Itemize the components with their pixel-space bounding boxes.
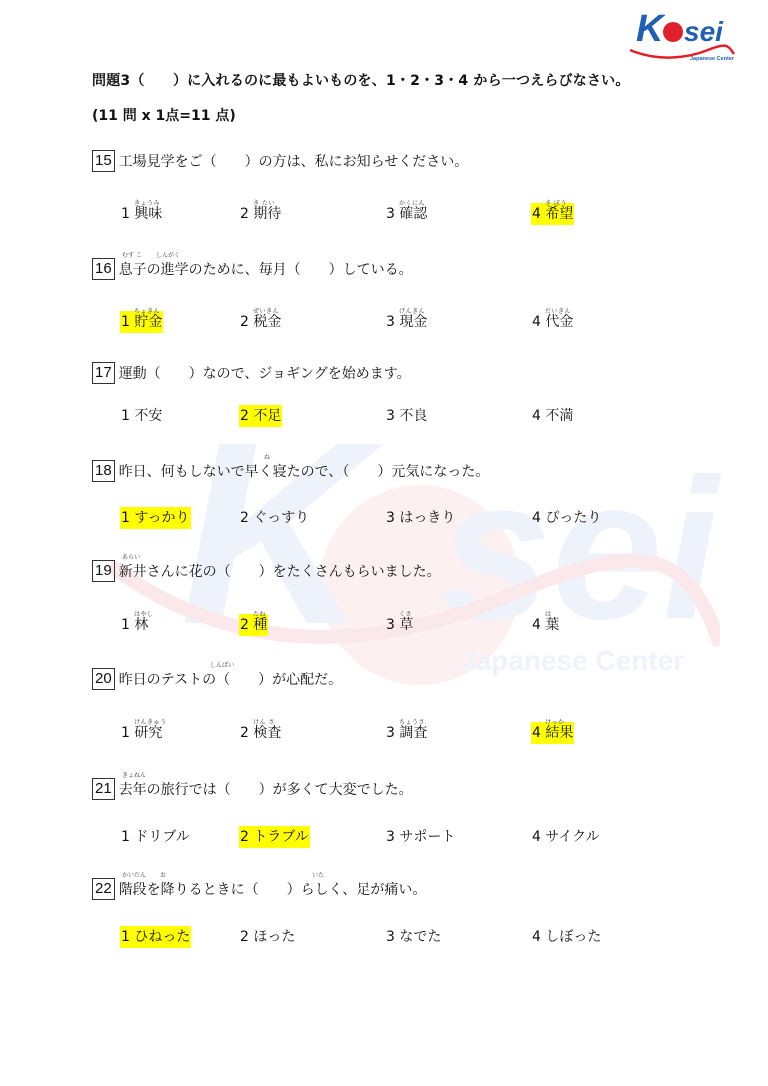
- answer-option-4-correct[interactable]: 4 希望き ぼう: [531, 203, 574, 225]
- option-label: 1 不安: [121, 408, 162, 424]
- question-furigana: あらい: [122, 552, 140, 561]
- answer-option-1[interactable]: 1 研究けんきゅう: [120, 722, 163, 744]
- logo-k: K: [636, 8, 663, 51]
- answer-option-2-correct[interactable]: 2 不足: [239, 405, 282, 427]
- question-19: 19新井さんに花の（ ）をたくさんもらいました。: [92, 560, 441, 582]
- option-label: 1 ひねった: [121, 929, 190, 945]
- answer-option-1-correct[interactable]: 1 ひねった: [120, 926, 191, 948]
- question-22: 22階段を降りるときに（ ）らしく、足が痛い。: [92, 878, 426, 900]
- question-text: 運動（ ）なので、ジョギングを始めます。: [119, 363, 411, 383]
- question-number-box: 21: [92, 778, 115, 800]
- answer-option-1-correct[interactable]: 1 貯金ちょきん: [120, 311, 163, 333]
- question-text: 去年の旅行では（ ）が多くて大変でした。: [119, 779, 413, 799]
- answer-option-4[interactable]: 4 サイクル: [531, 826, 601, 848]
- answer-option-3[interactable]: 3 調査ちょうさ: [385, 722, 428, 744]
- option-label: 2 ほった: [240, 929, 295, 945]
- kosei-watermark: K sei Japanese Center: [110, 395, 720, 705]
- question-16: 16息子の進学のために、毎月（ ）している。: [92, 258, 413, 280]
- answer-option-2-correct[interactable]: 2 種たね: [239, 614, 268, 636]
- answer-option-2[interactable]: 2 ぐっすり: [239, 507, 310, 529]
- answer-option-3[interactable]: 3 現金げんきん: [385, 311, 428, 333]
- option-furigana: たね: [253, 604, 266, 626]
- question-furigana: しんぱい: [210, 660, 234, 669]
- option-furigana: だいきん: [545, 301, 571, 323]
- question-furigana: かいだん: [122, 870, 146, 879]
- answer-option-3[interactable]: 3 確認かくにん: [385, 203, 428, 225]
- watermark-tagline: Japanese Center: [460, 645, 684, 677]
- question-20: 20昨日のテストの（ ）が心配だ。: [92, 668, 342, 690]
- question-text: 息子の進学のために、毎月（ ）している。: [119, 259, 413, 279]
- answer-option-2-correct[interactable]: 2 トラブル: [239, 826, 310, 848]
- answer-option-1[interactable]: 1 ドリブル: [120, 826, 191, 848]
- question-15: 15工場見学をご（ ）の方は、私にお知らせください。: [92, 150, 468, 172]
- option-furigana: けんきゅう: [134, 712, 167, 734]
- answer-options: 1 すっかり2 ぐっすり3 はっきり4 ぴったり: [0, 507, 768, 531]
- question-number-box: 16: [92, 258, 115, 280]
- logo-tagline: Japanese Center: [690, 56, 734, 62]
- question-number-box: 15: [92, 150, 115, 172]
- logo-red-dot: [663, 22, 683, 42]
- option-label: 3 サポート: [386, 829, 455, 845]
- answer-option-1-correct[interactable]: 1 すっかり: [120, 507, 191, 529]
- question-furigana: むす こ: [122, 250, 142, 259]
- answer-option-4[interactable]: 4 葉は: [531, 614, 560, 636]
- option-label: 4 不満: [532, 408, 573, 424]
- answer-option-2[interactable]: 2 税金ぜいきん: [239, 311, 282, 333]
- option-label: 4 ぴったり: [532, 510, 601, 526]
- option-label: 3 不良: [386, 408, 427, 424]
- question-text: 階段を降りるときに（ ）らしく、足が痛い。: [119, 879, 427, 899]
- option-furigana: けん さ: [253, 712, 275, 734]
- option-furigana: ぜいきん: [253, 301, 279, 323]
- question-number-box: 17: [92, 362, 115, 384]
- answer-option-3[interactable]: 3 不良: [385, 405, 428, 427]
- answer-option-4[interactable]: 4 不満: [531, 405, 574, 427]
- question-text: 新井さんに花の（ ）をたくさんもらいました。: [119, 561, 441, 581]
- answer-option-1[interactable]: 1 林はやし: [120, 614, 149, 636]
- answer-options: 1 ドリブル2 トラブル3 サポート4 サイクル: [0, 826, 768, 850]
- option-label: 1 すっかり: [121, 510, 190, 526]
- answer-option-1[interactable]: 1 興味きょうみ: [120, 203, 163, 225]
- question-furigana: ね: [264, 452, 270, 461]
- option-furigana: ちょきん: [134, 301, 160, 323]
- question-furigana: しんがく: [156, 250, 180, 259]
- question-text: 昨日、何もしないで早く寝たので、（ ）元気になった。: [119, 461, 490, 481]
- option-label: 4 サイクル: [532, 829, 600, 845]
- answer-options: 1 不安2 不足3 不良4 不満: [0, 405, 768, 429]
- question-number-box: 22: [92, 878, 115, 900]
- option-furigana: くさ: [399, 604, 412, 626]
- option-furigana: ちょうさ: [399, 712, 425, 734]
- answer-options: 1 興味きょうみ2 期待き たい3 確認かくにん4 希望き ぼう: [0, 203, 768, 227]
- answer-option-2[interactable]: 2 検査けん さ: [239, 722, 282, 744]
- option-label: 2 ぐっすり: [240, 510, 309, 526]
- question-number-box: 20: [92, 668, 115, 690]
- question-furigana: きょねん: [122, 770, 146, 779]
- option-furigana: き ぼう: [545, 193, 567, 215]
- option-furigana: かくにん: [399, 193, 425, 215]
- answer-option-4[interactable]: 4 代金だいきん: [531, 311, 574, 333]
- answer-option-4[interactable]: 4 しぼった: [531, 926, 602, 948]
- answer-option-4-correct[interactable]: 4 結果けっか: [531, 722, 574, 744]
- answer-option-3[interactable]: 3 はっきり: [385, 507, 456, 529]
- option-label: 1 ドリブル: [121, 829, 190, 845]
- watermark-k: K: [180, 385, 368, 684]
- option-furigana: はやし: [134, 604, 154, 626]
- option-furigana: けっか: [545, 712, 565, 734]
- answer-option-3[interactable]: 3 草くさ: [385, 614, 414, 636]
- answer-option-3[interactable]: 3 なでた: [385, 926, 442, 948]
- answer-option-2[interactable]: 2 期待き たい: [239, 203, 282, 225]
- question-furigana: いた: [312, 870, 324, 879]
- question-number-box: 19: [92, 560, 115, 582]
- question-17: 17運動（ ）なので、ジョギングを始めます。: [92, 362, 411, 384]
- answer-options: 1 研究けんきゅう2 検査けん さ3 調査ちょうさ4 結果けっか: [0, 722, 768, 746]
- answer-option-1[interactable]: 1 不安: [120, 405, 163, 427]
- watermark-swoosh-icon: [110, 395, 720, 705]
- question-number-box: 18: [92, 460, 115, 482]
- answer-option-2[interactable]: 2 ほった: [239, 926, 296, 948]
- option-label: 2 不足: [240, 408, 281, 424]
- answer-option-3[interactable]: 3 サポート: [385, 826, 456, 848]
- question-text: 工場見学をご（ ）の方は、私にお知らせください。: [119, 151, 469, 171]
- question-18: 18昨日、何もしないで早く寝たので、（ ）元気になった。: [92, 460, 489, 482]
- option-label: 3 はっきり: [386, 510, 455, 526]
- section-instruction: 問題3（ ）に入れるのに最もよいものを、1・2・3・4 から一つえらびなさい。: [92, 70, 630, 90]
- option-furigana: き たい: [253, 193, 275, 215]
- scoring-note: (11 問 x 1点=11 点): [92, 105, 236, 125]
- option-furigana: きょうみ: [134, 193, 160, 215]
- answer-option-4[interactable]: 4 ぴったり: [531, 507, 602, 529]
- answer-options: 1 ひねった2 ほった3 なでた4 しぼった: [0, 926, 768, 950]
- question-furigana: お: [160, 870, 166, 879]
- option-label: 3 なでた: [386, 929, 441, 945]
- kosei-logo: K sei Japanese Center: [628, 10, 738, 62]
- answer-options: 1 貯金ちょきん2 税金ぜいきん3 現金げんきん4 代金だいきん: [0, 311, 768, 335]
- answer-options: 1 林はやし2 種たね3 草くさ4 葉は: [0, 614, 768, 638]
- question-text: 昨日のテストの（ ）が心配だ。: [119, 669, 342, 689]
- logo-sei: sei: [684, 16, 723, 48]
- option-label: 2 トラブル: [240, 829, 309, 845]
- question-21: 21去年の旅行では（ ）が多くて大変でした。: [92, 778, 413, 800]
- option-furigana: は: [545, 604, 552, 626]
- option-furigana: げんきん: [399, 301, 425, 323]
- option-label: 4 しぼった: [532, 929, 601, 945]
